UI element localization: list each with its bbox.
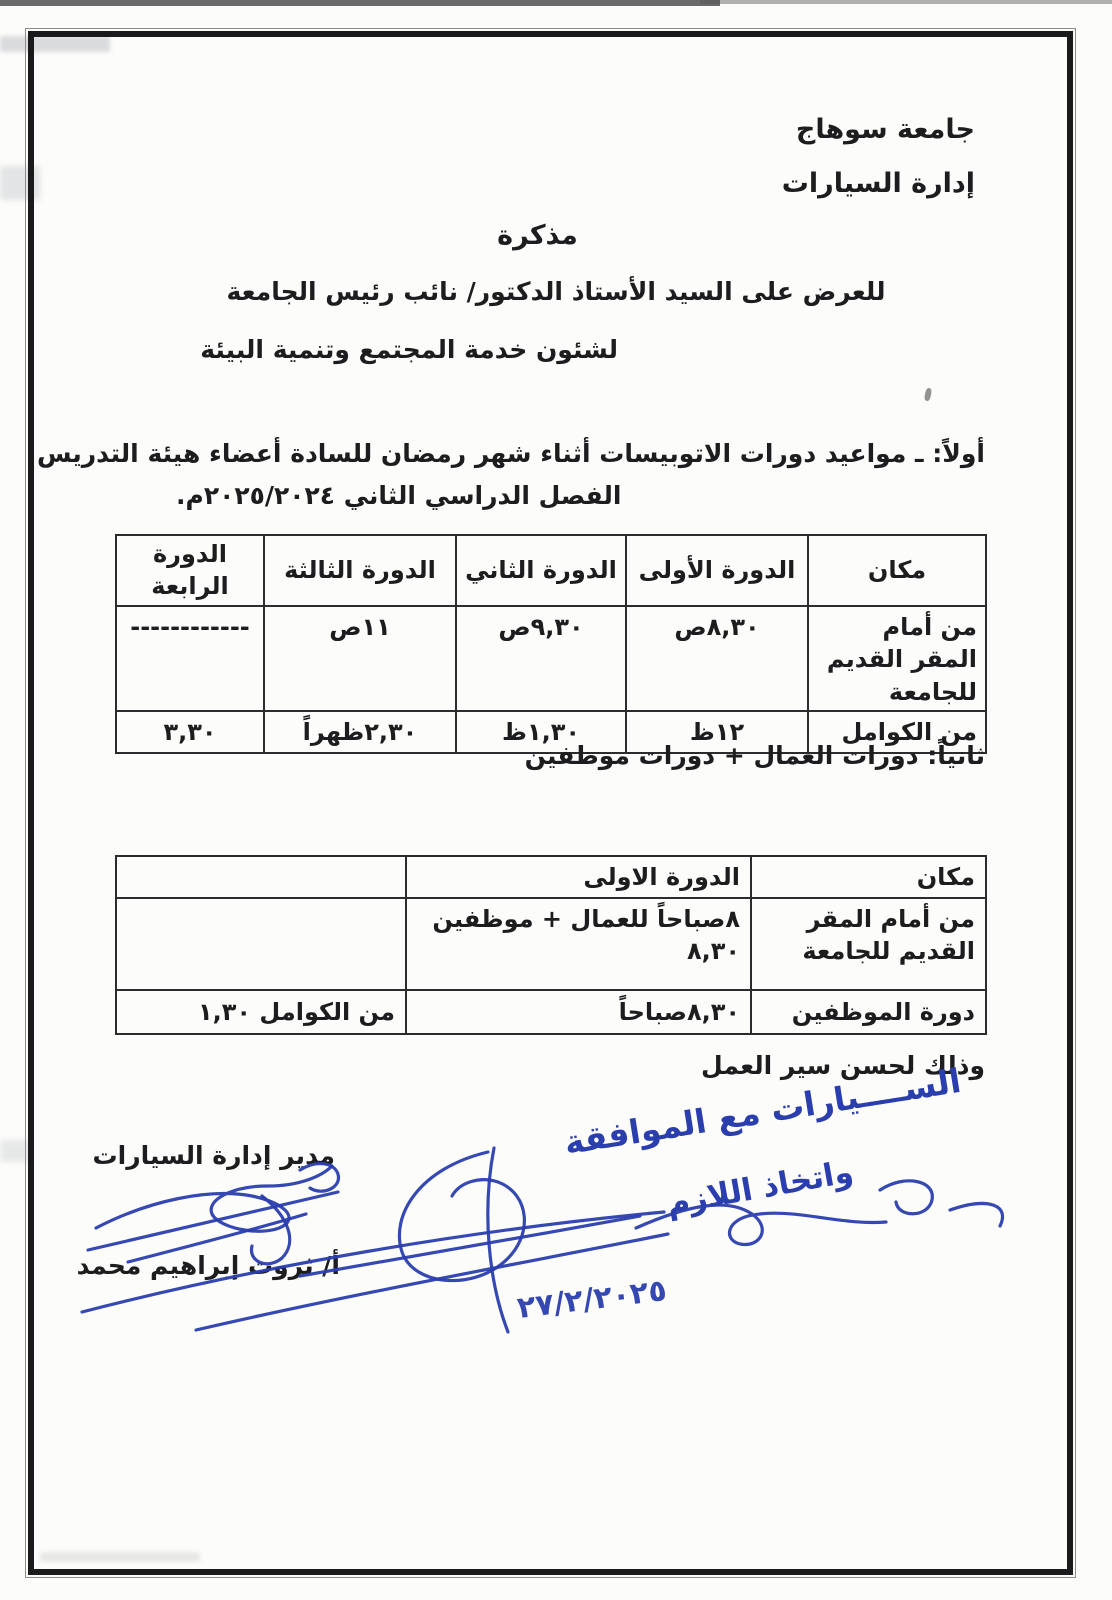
organization-name: جامعة سوهاج — [796, 112, 975, 147]
cell-place: من أمام المقر القديم للجامعة — [751, 898, 986, 990]
table-header-row: مكان الدورة الاولى — [116, 856, 986, 898]
section1-heading-line1: أولاً: ـ مواعيد دورات الاتوبيسات أثناء ش… — [37, 438, 985, 471]
col-header-trip4: الدورة الرابعة — [116, 535, 264, 606]
department-name: إدارة السيارات — [782, 166, 975, 201]
cell-time: ٨,٣٠صباحاً — [406, 990, 751, 1034]
scanned-memo-page: جامعة سوهاج إدارة السيارات مذكرة للعرض ع… — [0, 0, 1112, 1600]
cell-place: من أمام المقر القديم للجامعة — [808, 606, 986, 711]
addressee-line-2: لشئون خدمة المجتمع وتنمية البيئة — [200, 334, 618, 367]
section1-heading-line2: الفصل الدراسي الثاني ٢٠٢٥/٢٠٢٤م. — [176, 480, 622, 513]
cell-time: ٩,٣٠ص — [456, 606, 626, 711]
scan-artifact-top-line-2 — [700, 0, 1112, 4]
section2-heading: ثانياً: دورات العمال + دورات موظفين — [525, 740, 985, 773]
faculty-bus-schedule-table: مكان الدورة الأولى الدورة الثاني الدورة … — [115, 534, 987, 754]
cell-time: ١١ص — [264, 606, 456, 711]
cell-time: ٢,٣٠ظهراً — [264, 711, 456, 753]
table-row: من أمام المقر القديم للجامعة ٨صباحاً للع… — [116, 898, 986, 990]
cell-time: ٣,٣٠ — [116, 711, 264, 753]
cell-time: من الكوامل ١,٣٠ — [116, 990, 406, 1034]
table-row: دورة الموظفين ٨,٣٠صباحاً من الكوامل ١,٣٠ — [116, 990, 986, 1034]
table-header-row: مكان الدورة الأولى الدورة الثاني الدورة … — [116, 535, 986, 606]
addressee-line-1: للعرض على السيد الأستاذ الدكتور/ نائب رئ… — [0, 276, 1112, 309]
col-header-place: مكان — [751, 856, 986, 898]
col-header-trip1: الدورة الأولى — [626, 535, 808, 606]
cell-place: دورة الموظفين — [751, 990, 986, 1034]
cell-time: ٨,٣٠ص — [626, 606, 808, 711]
col-header-empty — [116, 856, 406, 898]
signer-name: أ/ ثروت إبراهيم محمد — [82, 1250, 340, 1283]
cell-time: ------------ — [116, 606, 264, 711]
col-header-trip2: الدورة الثاني — [456, 535, 626, 606]
signer-title: مدير إدارة السيارات — [110, 1140, 335, 1173]
table-row: من أمام المقر القديم للجامعة ٨,٣٠ص ٩,٣٠ص… — [116, 606, 986, 711]
page-border-frame — [28, 31, 1073, 1575]
cell-empty — [116, 898, 406, 990]
col-header-trip3: الدورة الثالثة — [264, 535, 456, 606]
scan-smudge — [0, 1140, 30, 1162]
col-header-trip1: الدورة الاولى — [406, 856, 751, 898]
cell-time: ٨صباحاً للعمال + موظفين ٨,٣٠ — [406, 898, 751, 990]
workers-employees-schedule-table: مكان الدورة الاولى من أمام المقر القديم … — [115, 855, 987, 1035]
col-header-place: مكان — [808, 535, 986, 606]
scan-artifact-top-line — [0, 0, 720, 6]
memo-title: مذكرة — [0, 218, 1075, 253]
